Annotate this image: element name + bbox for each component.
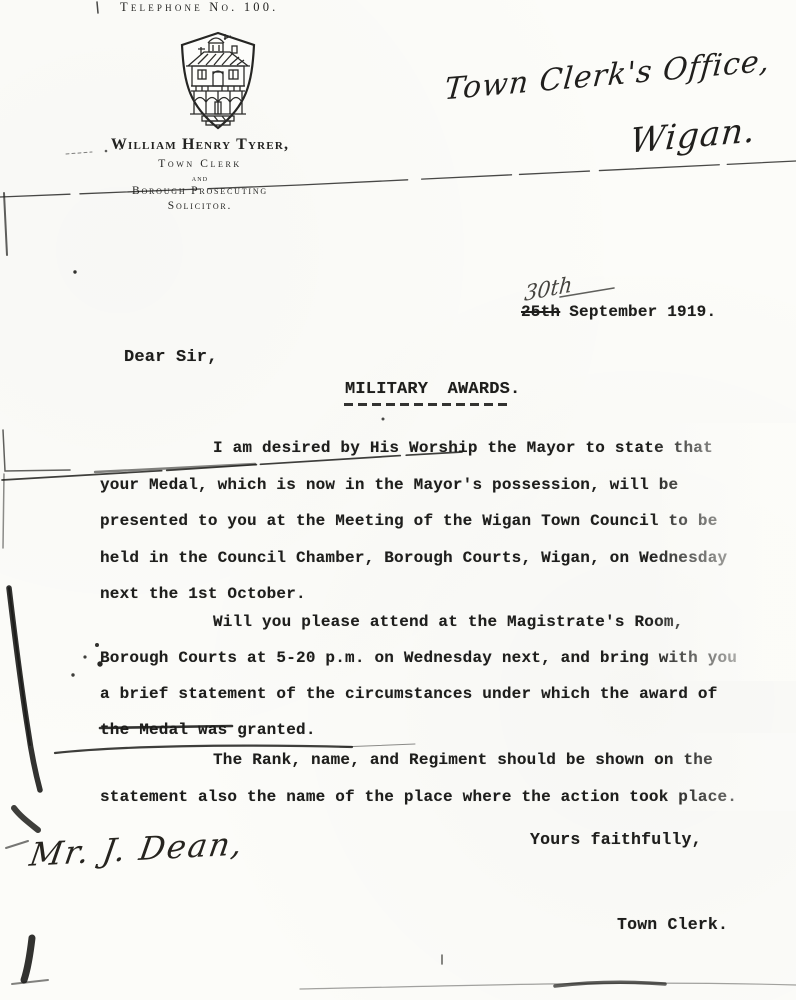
scanned-letter: Telephone No. 100.: [0, 0, 796, 1000]
handwritten-date-correction: 30th: [523, 272, 573, 306]
valediction: Yours faithfully,: [530, 830, 702, 849]
official-name: William Henry Tyrer,: [76, 136, 324, 154]
body-line: Will you please attend at the Magistrate…: [100, 604, 780, 640]
handwritten-signature: Mr. J. Dean,: [27, 824, 247, 874]
date-month-year: September 1919.: [569, 303, 716, 321]
subject-underline: [344, 403, 510, 406]
official-role-2: and: [76, 173, 324, 183]
salutation: Dear Sir,: [124, 348, 218, 367]
borough-crest-icon: [172, 30, 264, 132]
body-line: your Medal, which is now in the Mayor's …: [100, 467, 780, 504]
body-line: held in the Council Chamber, Borough Cou…: [100, 540, 780, 577]
official-role-1: Town Clerk: [76, 158, 324, 170]
signoff-title: Town Clerk.: [617, 915, 728, 934]
struck-out-day: 25th: [521, 303, 560, 321]
letterhead-name-block: William Henry Tyrer, Town Clerk and Boro…: [76, 136, 324, 212]
official-role-4: Solicitor.: [76, 200, 324, 212]
body-line: presented to you at the Meeting of the W…: [100, 503, 780, 540]
body-line: statement also the name of the place whe…: [100, 779, 780, 816]
office-name: Town Clerk's Office,: [443, 44, 772, 108]
town-name: Wigan.: [628, 110, 757, 161]
paragraph-1: I am desired by His Worship the Mayor to…: [100, 430, 780, 613]
body-line: I am desired by His Worship the Mayor to…: [100, 430, 780, 467]
paragraph-3: The Rank, name, and Regiment should be s…: [100, 742, 780, 816]
body-line: The Rank, name, and Regiment should be s…: [100, 742, 780, 779]
official-role-3: Borough Prosecuting: [76, 185, 324, 197]
paragraph-2: Will you please attend at the Magistrate…: [100, 604, 780, 748]
body-line: a brief statement of the circumstances u…: [100, 676, 780, 712]
telephone-number: Telephone No. 100.: [120, 0, 279, 15]
subject-heading: MILITARY AWARDS.: [345, 380, 520, 399]
body-line: Borough Courts at 5-20 p.m. on Wednesday…: [100, 640, 780, 676]
date-line: 25thSeptember 1919.: [521, 303, 716, 321]
